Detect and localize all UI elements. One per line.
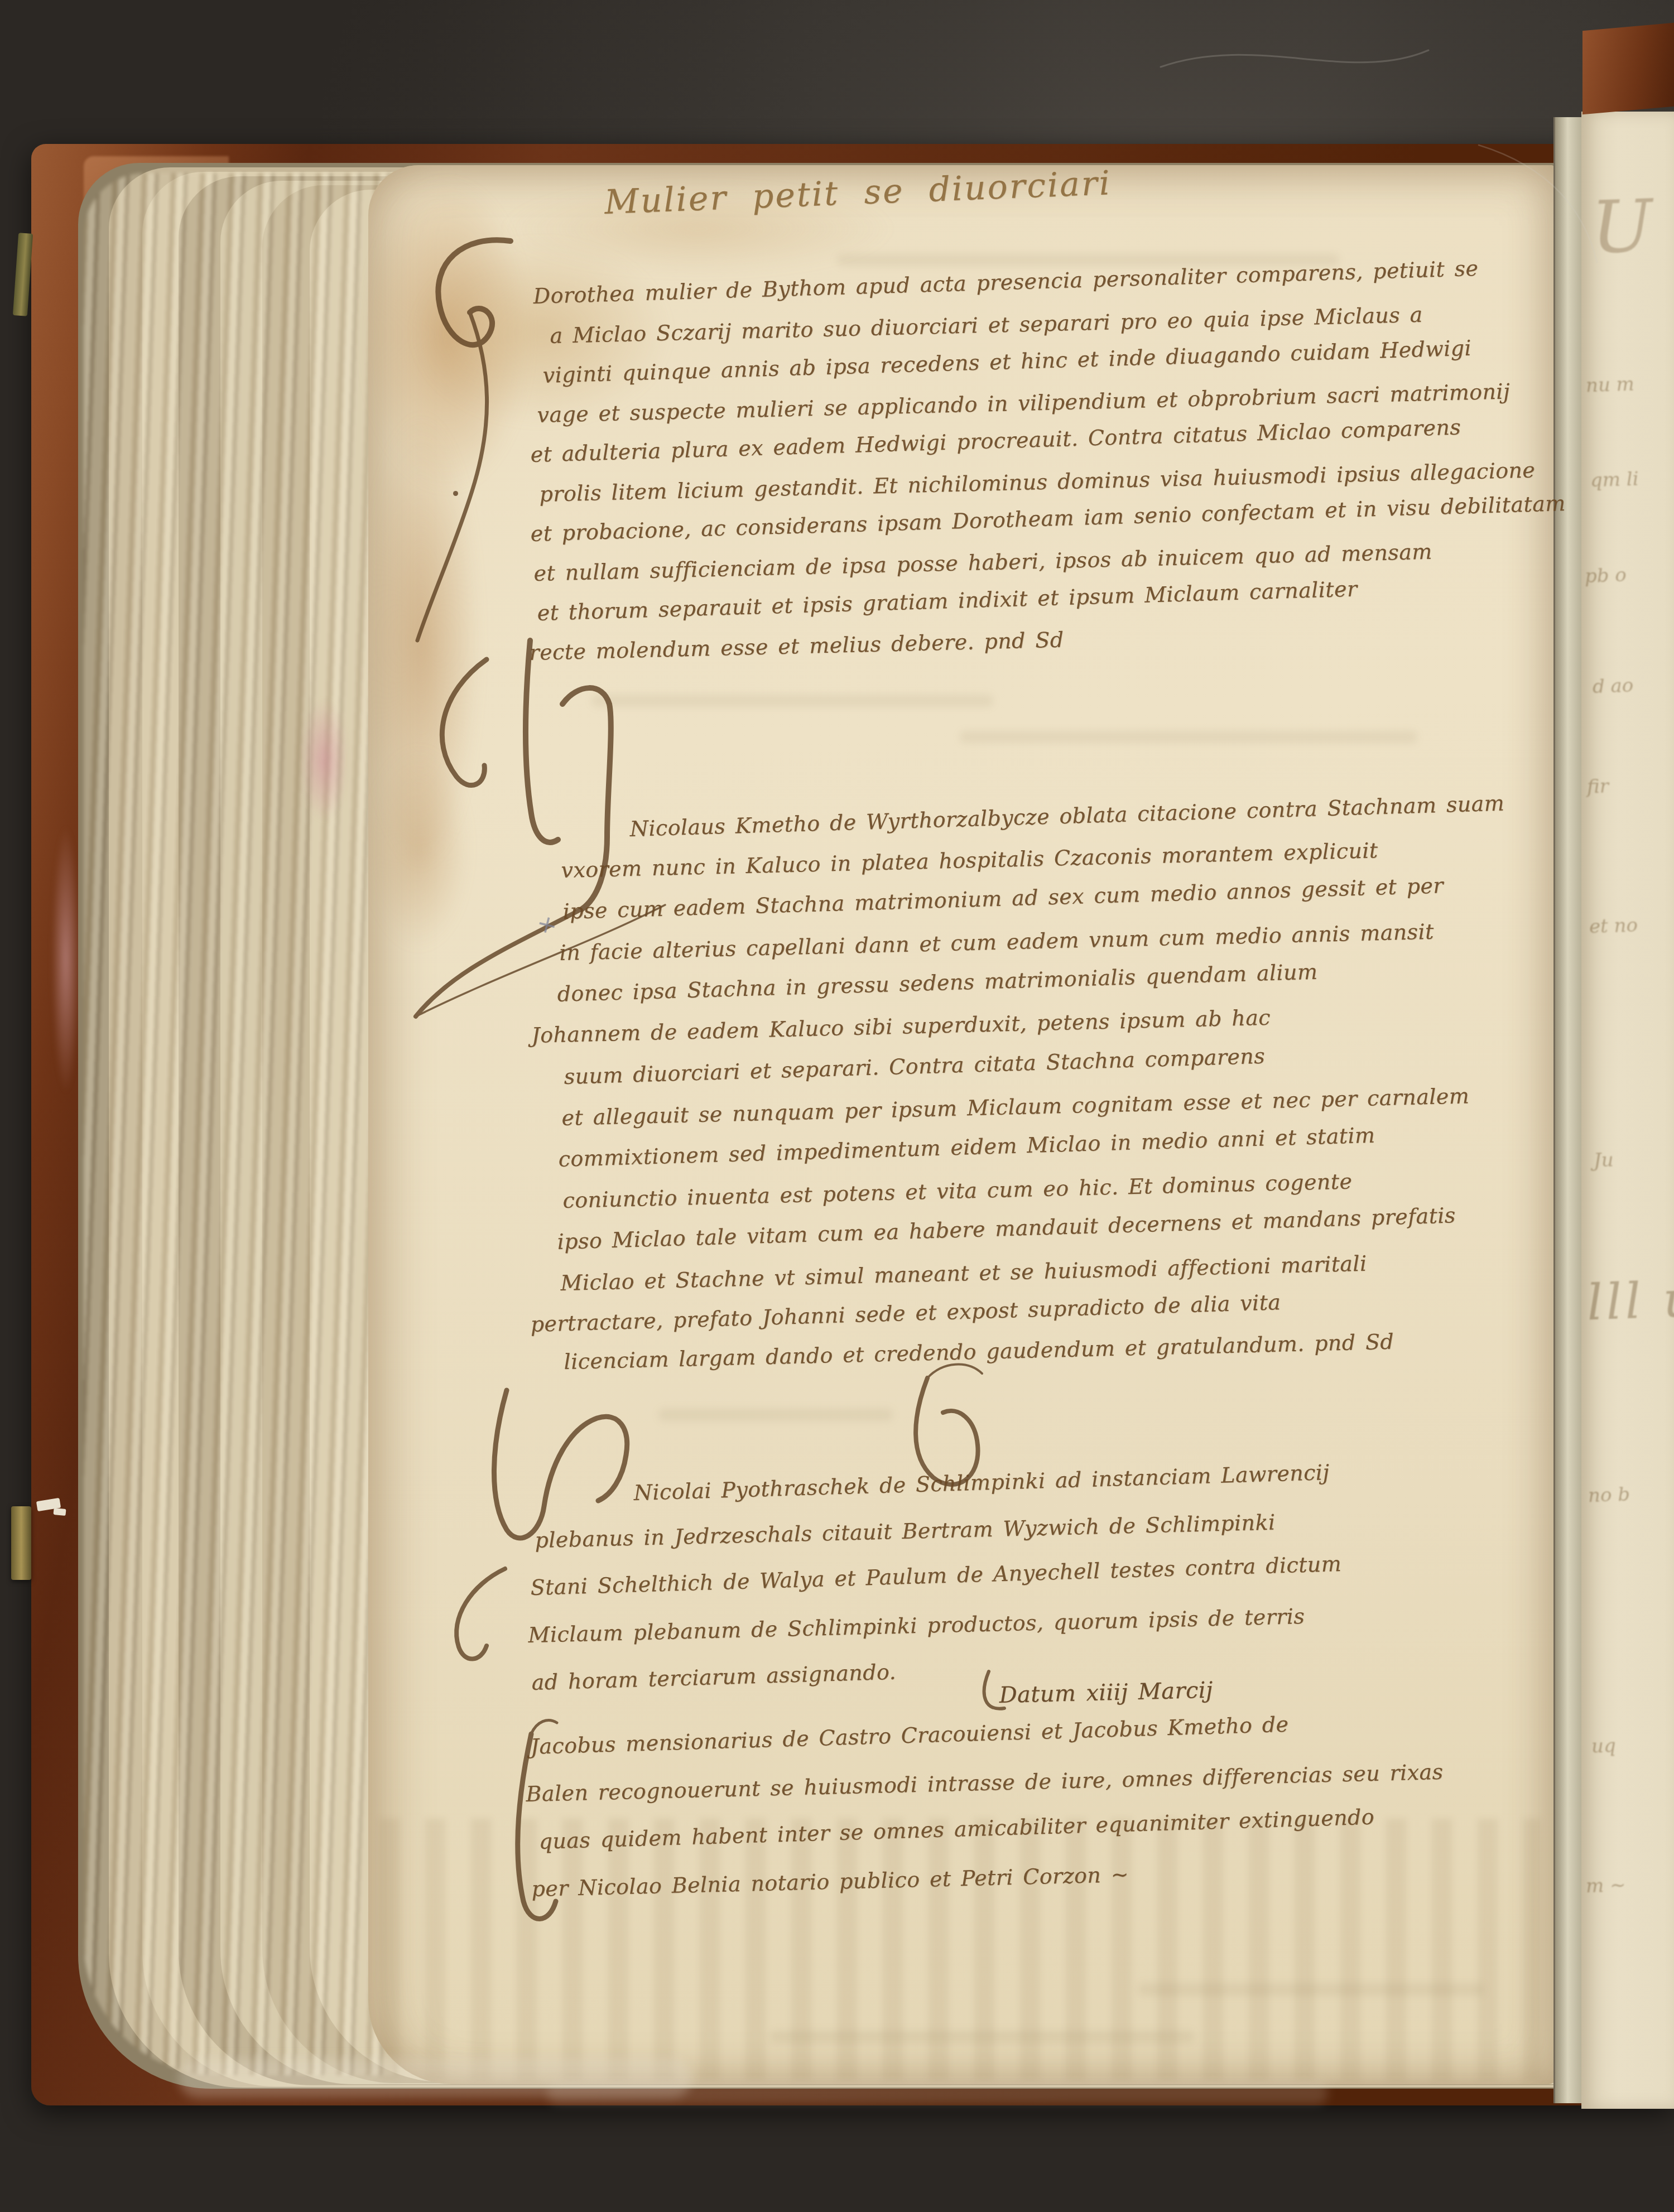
facing-page-fragment: qm li [1590, 468, 1639, 492]
facing-page-fragment: nu m [1585, 373, 1634, 397]
facing-page-flourish: U [1590, 183, 1654, 270]
stray-fiber [1161, 50, 1428, 67]
facing-page-fragment: et no [1589, 914, 1638, 938]
bleed-through [591, 695, 993, 707]
brass-clasp-bottom [11, 1506, 31, 1580]
bleed-through [770, 2031, 1194, 2043]
worn-leather-patch [51, 826, 80, 1093]
facing-page-fragment: uq [1591, 1734, 1616, 1758]
water-stain [368, 748, 469, 948]
facing-page-fragment: pb o [1584, 564, 1627, 588]
bleed-through [658, 1409, 893, 1421]
manuscript-photo: U nu m qm li pb o d ao fir et no Ju lll … [0, 0, 1674, 2212]
facing-page-fragment: no b [1588, 1483, 1630, 1507]
bleed-through [1138, 1983, 1484, 1996]
ink-dot [453, 491, 458, 496]
facing-page-fragment: d ao [1592, 674, 1634, 698]
facing-page-fragment: Ju [1593, 1149, 1614, 1172]
paper-fragment [53, 1508, 66, 1516]
facing-page-fragment: lll u [1586, 1270, 1674, 1332]
facing-page-fragment: m ~ [1585, 1874, 1626, 1897]
book-gutter [1553, 117, 1583, 2103]
pink-stain-on-edges [300, 698, 348, 821]
paper-fuzz [547, 2081, 1328, 2104]
bleed-through [960, 731, 1417, 743]
facing-page-fragment: fir [1586, 775, 1609, 798]
facing-page-sliver: U nu m qm li pb o d ao fir et no Ju lll … [1581, 112, 1674, 2109]
datum-line: Datum xiiij Marcij [999, 1678, 1213, 1708]
page-edge-striation [84, 173, 396, 2075]
leather-edge-top-right [1582, 23, 1674, 114]
brass-clasp-top [13, 233, 33, 316]
